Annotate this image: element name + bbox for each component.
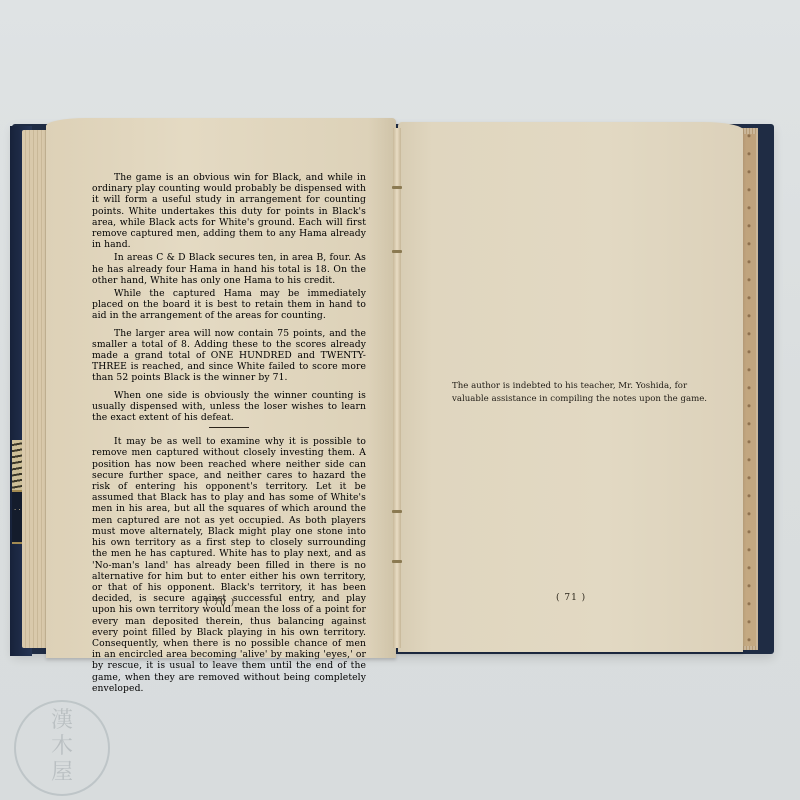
paragraph: The game is an obvious win for Black, an… <box>92 172 366 250</box>
seller-watermark-logo: 漢 木 屋 <box>14 700 110 796</box>
section-divider <box>209 427 249 428</box>
book-photo: · · The game is an obvious win for Black… <box>0 0 800 800</box>
binding-stitch <box>392 250 402 253</box>
paragraph: In areas C & D Black secures ten, in are… <box>92 252 366 286</box>
page-number-left: ( 70 ) <box>205 598 235 608</box>
acknowledgement-note: The author is indebted to his teacher, M… <box>452 380 722 406</box>
binding-stitch <box>392 186 402 189</box>
decorative-endpaper <box>742 134 756 646</box>
watermark-char: 屋 <box>16 760 108 786</box>
watermark-char: 漢 <box>16 708 108 734</box>
spine-band-text: · · <box>14 506 21 514</box>
left-page-text: The game is an obvious win for Black, an… <box>92 172 366 700</box>
binding-stitch <box>392 510 402 513</box>
page-number-right: ( 71 ) <box>556 593 586 603</box>
binding-stitch <box>392 560 402 563</box>
paragraph: It may be as well to examine why it is p… <box>92 436 366 694</box>
watermark-char: 木 <box>16 734 108 760</box>
paragraph: The larger area will now contain 75 poin… <box>92 328 366 384</box>
paragraph: While the captured Hama may be immediate… <box>92 288 366 322</box>
paragraph: When one side is obviously the winner co… <box>92 390 366 424</box>
book-gutter <box>393 128 401 648</box>
